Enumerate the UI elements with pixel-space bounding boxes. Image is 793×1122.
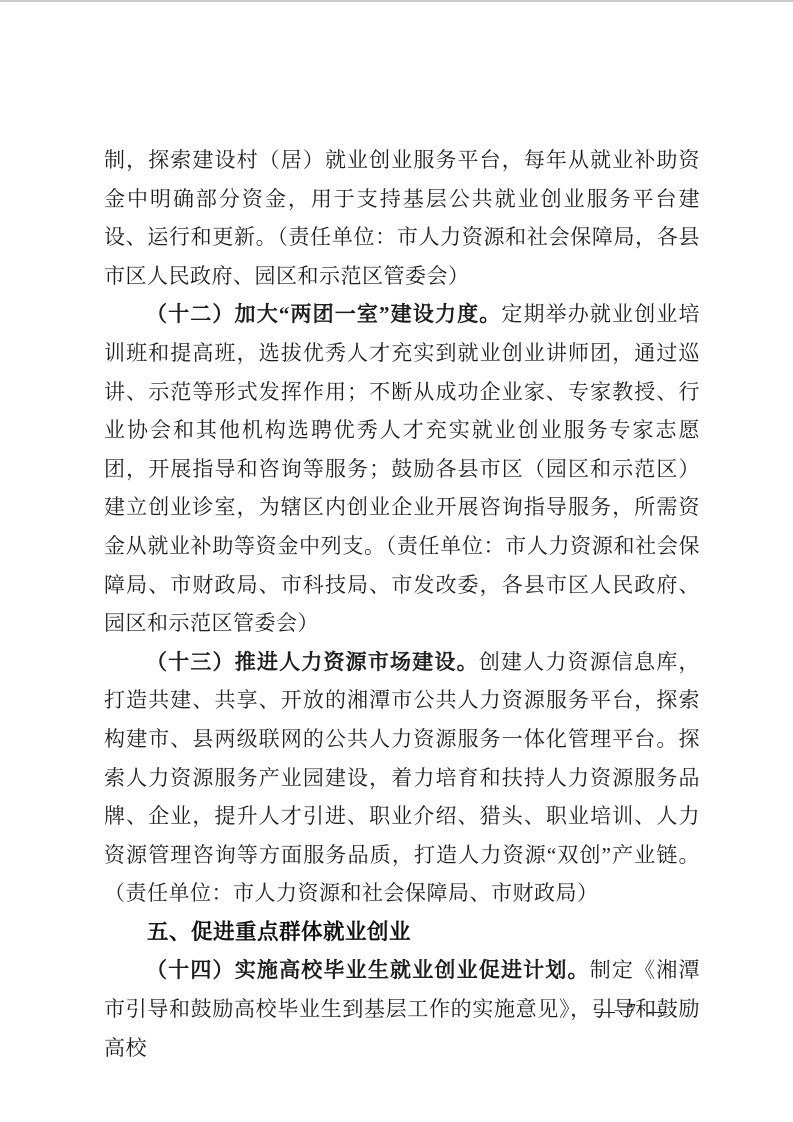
paragraph-text: 创建人力资源信息库，打造共建、共享、开放的湘潭市公共人力资源服务平台，探索构建市… [104,650,700,906]
paragraph-continuation: 制，探索建设村（居）就业创业服务平台，每年从就业补助资金中明确部分资金，用于支持… [104,141,700,295]
paragraph-lead: （十二）加大“两团一室”建设力度。 [146,302,501,326]
page-footer: — 7 — [104,1000,700,1023]
paragraph-item-12: （十二）加大“两团一室”建设力度。定期举办就业创业培训班和提高班，选拔优秀人才充… [104,295,700,642]
document-page: 制，探索建设村（居）就业创业服务平台，每年从就业补助资金中明确部分资金，用于支持… [0,0,793,1122]
section-heading: 五、促进重点群体就业创业 [104,913,700,952]
paragraph-text: 定期举办就业创业培训班和提高班，选拔优秀人才充实到就业创业讲师团，通过巡讲、示范… [104,302,700,635]
paragraph-lead: （十四）实施高校毕业生就业创业促进计划。 [146,958,590,982]
page-number: — 7 — [595,1000,670,1022]
paragraph-lead: （十三）推进人力资源市场建设。 [146,650,479,674]
paragraph-text: 制，探索建设村（居）就业创业服务平台，每年从就业补助资金中明确部分资金，用于支持… [104,148,700,288]
paragraph-item-13: （十三）推进人力资源市场建设。创建人力资源信息库，打造共建、共享、开放的湘潭市公… [104,643,700,913]
document-body: 制，探索建设村（居）就业创业服务平台，每年从就业补助资金中明确部分资金，用于支持… [104,141,700,1067]
